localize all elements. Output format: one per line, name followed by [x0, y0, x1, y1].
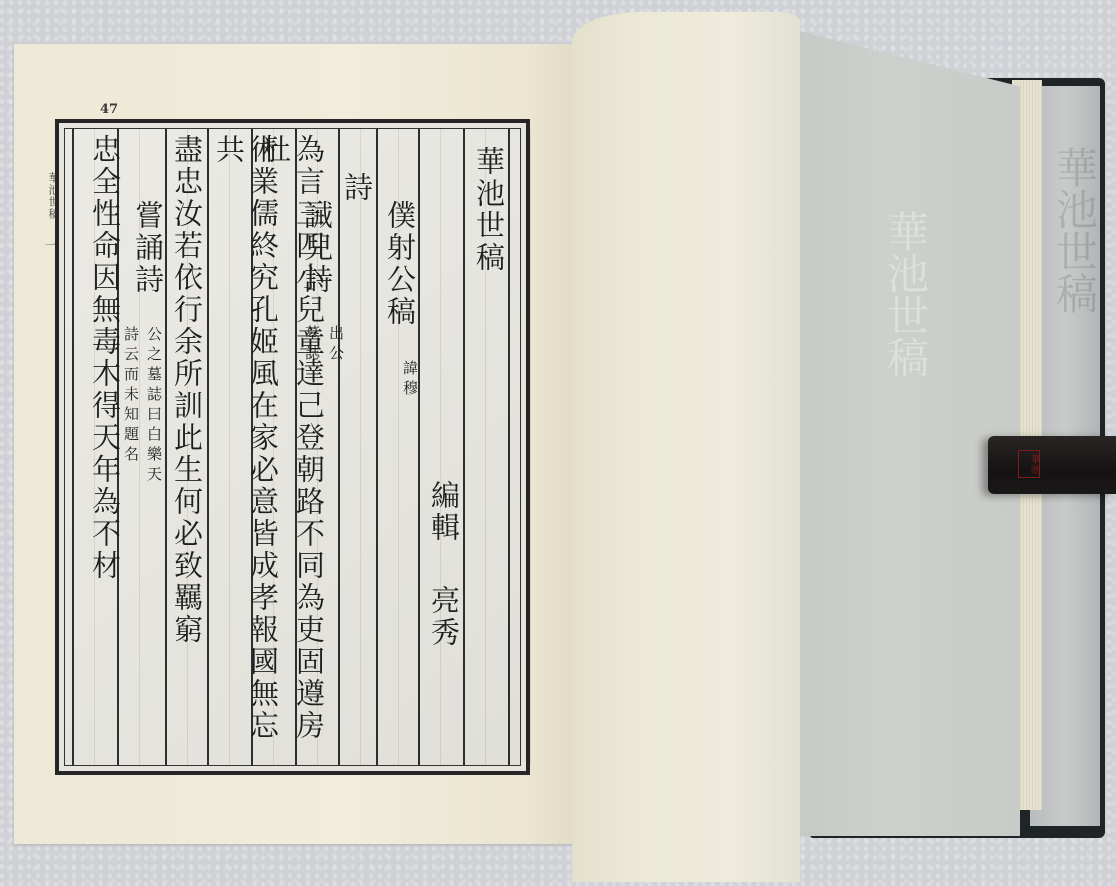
text-column-poem1-note-a: 出公	[327, 325, 345, 365]
text-column-author: 僕射公稿	[383, 200, 417, 328]
book-clasp[interactable]: 華池	[988, 436, 1116, 494]
column-rule	[165, 129, 167, 765]
text-column-section-poems: 詩	[340, 172, 374, 204]
print-frame: 華池世稿僕射公稿諱穆編輯亮秀詩誡兒詩出公墓誌為言三四小兒童達己登朝路不同為吏固遵…	[55, 119, 530, 775]
text-column-editor-name: 亮秀	[427, 585, 461, 649]
column-rule	[418, 129, 420, 765]
seal-stamp-icon: 華池	[1018, 450, 1040, 478]
text-column-poem1-line2: 術業儒終究孔姬風在家必意皆成孝報國無忘共	[212, 134, 280, 765]
column-guide	[360, 129, 361, 765]
text-column-editor: 編輯	[427, 480, 461, 544]
tissue-interleaf: 華池世稿	[795, 30, 1020, 836]
text-column-poem2-line1: 忠全性命因無毒木得天年為不材	[88, 134, 122, 582]
page-number: 47	[100, 102, 118, 117]
text-column-poem2-note-a: 公之墓誌曰白樂天	[145, 326, 163, 486]
text-column-title: 華池世稿	[472, 146, 506, 274]
column-rule	[338, 129, 340, 765]
column-rule	[508, 129, 510, 765]
text-block: 華池世稿僕射公稿諱穆編輯亮秀詩誡兒詩出公墓誌為言三四小兒童達己登朝路不同為吏固遵…	[64, 128, 521, 766]
text-column-poem1-line3: 盡忠汝若依行余所訓此生何必致羈窮	[170, 134, 204, 646]
column-rule	[376, 129, 378, 765]
text-column-author-note: 諱穆	[401, 360, 419, 400]
text-column-poem2-title: 嘗誦詩	[131, 200, 165, 296]
lining-ghost-text: 華池世稿	[1044, 146, 1104, 314]
column-rule	[463, 129, 465, 765]
column-guide	[530, 129, 531, 765]
text-column-poem2-note-b: 詩云而未知題名	[122, 326, 140, 466]
column-rule	[207, 129, 209, 765]
turning-page[interactable]	[572, 12, 800, 882]
column-guide	[440, 129, 441, 765]
tissue-ghost-text: 華池世稿	[875, 210, 935, 378]
column-rule	[72, 129, 74, 765]
